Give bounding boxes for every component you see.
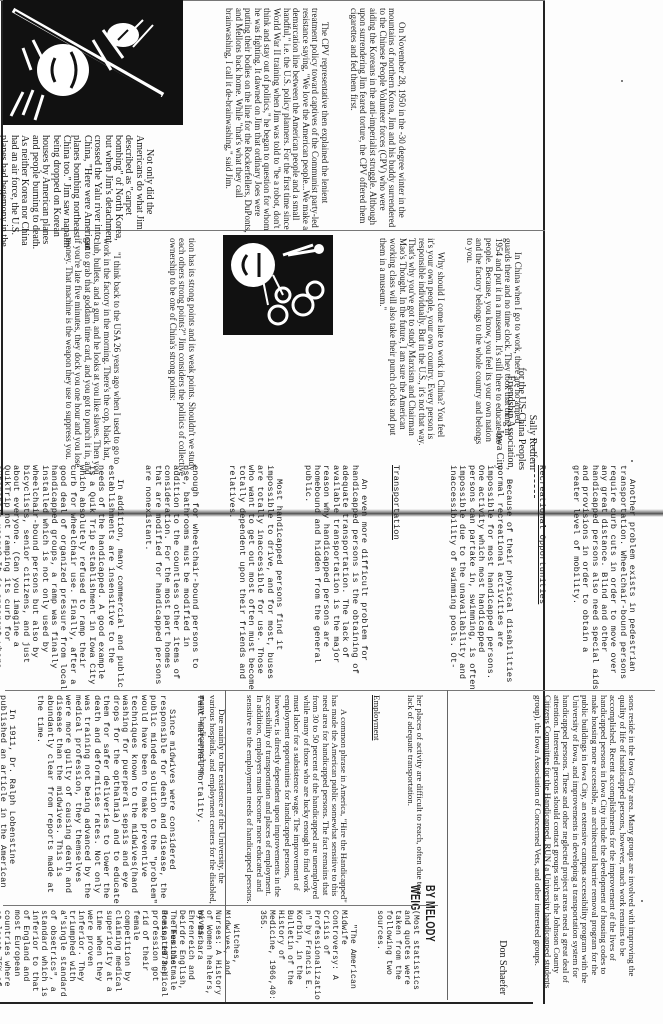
source-citation: "The American Midwife Controversy: A Cri… (258, 910, 357, 1000)
paragraph: Why should I come late to work in China?… (378, 238, 445, 448)
article-midwives-column-1: fant maternal mortality. Since midwives … (3, 695, 223, 905)
paragraph: her places of activity are difficult to … (405, 695, 424, 905)
author-signature: Don Schaefer (497, 695, 508, 995)
paragraph: "I think back to the USA 26 years ago wh… (63, 238, 121, 478)
rotated-newspaper-spread: Not only did the Americans do what Jim d… (0, 0, 663, 1024)
midwives-sources: (Most statistics and quotes were taken f… (228, 910, 438, 1000)
article-handicapped-column-2: her places of activity are difficult to … (228, 695, 443, 905)
scanned-newspaper-page: Not only did the Americans do what Jim d… (0, 0, 663, 1024)
paragraph: enough for wheelchair-bound persons to u… (143, 465, 199, 690)
paragraph: The CPV representative then explained th… (224, 8, 330, 233)
paragraph: sons reside in the Iowa City area. Many … (533, 695, 636, 995)
section-heading-recreation: Recreational Opportunities (536, 465, 545, 690)
worker-with-rifle-icon (3, 0, 183, 125)
woodcut-illustration-worker (3, 0, 183, 125)
source-citation: Witches, Midwives, and Nurses: A History… (159, 910, 240, 1000)
woodcut-illustration-soldier (223, 235, 333, 335)
soldier-with-flowers-icon (223, 235, 333, 335)
column-divider (5, 690, 655, 691)
article-handicapped-column-3: sons reside in the Iowa City area. Many … (450, 695, 655, 995)
paragraph: fant maternal mortality. (195, 695, 204, 905)
section-divider (225, 690, 226, 1002)
article-handicapped-column-1c: Another problem exists in pedestrian tra… (430, 465, 655, 690)
signature-location: Iowa City (494, 340, 505, 470)
article-handicapped-column-1: enough for wheelchair-bound persons to u… (3, 465, 218, 690)
section-heading-employment: Employment (371, 695, 380, 905)
paragraph: Not only did the Americans do what Jim d… (0, 135, 154, 253)
signature-name: Sally Redfern (527, 340, 538, 470)
article-jim-column-2: tion has its strong points and its weak … (5, 238, 215, 478)
paragraph: Most handicapped persons find it impossi… (227, 465, 283, 690)
paragraph: Another problem exists in pedestrian tra… (570, 465, 636, 690)
article-jim-column-1: On November 28, 1950 in the -30 degree w… (185, 8, 425, 233)
section-divider (447, 690, 448, 1000)
signature-line: Friendship Association, (505, 340, 516, 470)
paragraph: In 1911, Dr. Ralph Lobenstine published … (0, 695, 16, 905)
signature-block: Sally Redfern for the US-China Peoples F… (458, 340, 538, 470)
paragraph: tion has its strong points and its weak … (167, 238, 196, 478)
section-heading-transportation: Transportation (391, 465, 400, 690)
paragraph: A common phrase in America, "Hire the Ha… (245, 695, 348, 905)
paragraph: On November 28, 1950 in the -30 degree w… (348, 8, 406, 233)
paragraph: In addition, many commercial and public … (0, 465, 124, 690)
top-article-box-border (543, 0, 545, 488)
article-handicapped-column-1b: Transportation An even more difficult pr… (215, 465, 425, 690)
signature-line: for the US-China Peoples (516, 340, 527, 470)
paragraph: Since midwives were considered responsib… (35, 695, 176, 905)
sources-intro: (Most statistics and quotes were taken f… (375, 910, 420, 1000)
article-jim-column-1-start: Not only did the Americans do what Jim d… (5, 135, 175, 253)
paragraph: Because of their physical disabilities n… (447, 465, 513, 690)
paragraph: An even more difficult problem for handi… (302, 465, 368, 690)
column-divider (3, 905, 438, 906)
